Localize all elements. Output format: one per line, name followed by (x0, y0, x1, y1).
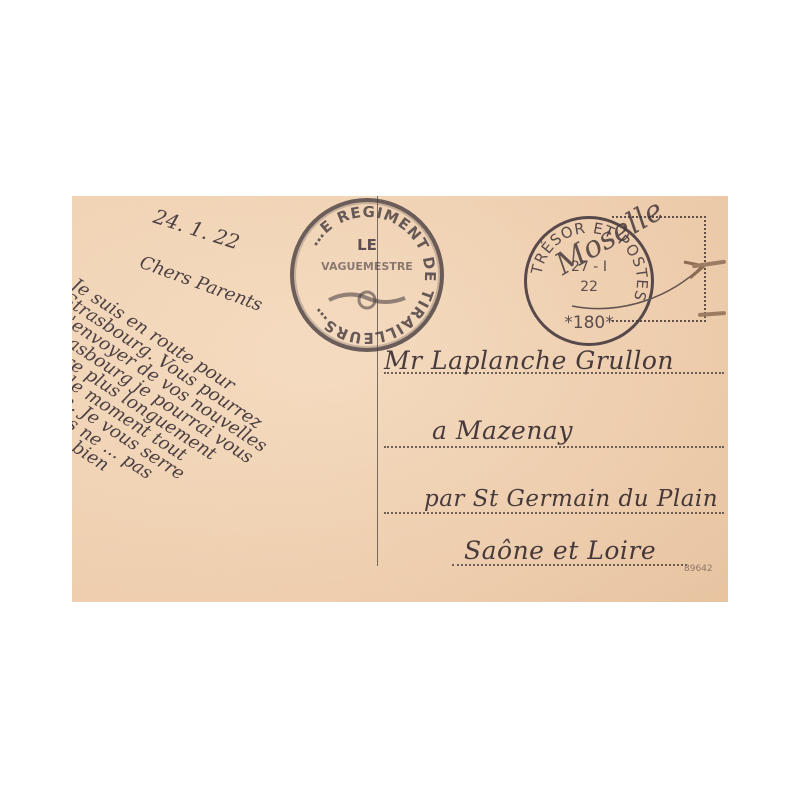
address-recipient: Mr Laplanche Grullon (384, 346, 674, 375)
svg-text:…E REGIMENT DE TIRAILLEURS…: …E REGIMENT DE TIRAILLEURS… (304, 203, 439, 347)
regiment-center-title: VAGUEMESTRE (294, 260, 440, 273)
address-rule (384, 446, 724, 448)
handwritten-arrow (562, 236, 722, 336)
regiment-ring-text: …E REGIMENT DE TIRAILLEURS… (294, 202, 440, 348)
address-department: Saône et Loire (464, 536, 656, 565)
address-via: par St Germain du Plain (424, 486, 718, 512)
regiment-center-le: LE (294, 236, 440, 254)
printed-card-number: 89642 (684, 564, 713, 574)
message-greeting: Chers Parents (137, 252, 265, 316)
postcard-back: 24. 1. 22 Chers Parents Je suis en route… (72, 196, 728, 602)
message-date: 24. 1. 22 (151, 204, 243, 254)
address-rule (384, 512, 724, 514)
address-town: a Mazenay (432, 416, 573, 445)
regiment-postmark: …E REGIMENT DE TIRAILLEURS… LE VAGUEMEST… (290, 198, 444, 352)
message-body: Je suis en route pour Strasbourg. Vous p… (72, 276, 288, 555)
